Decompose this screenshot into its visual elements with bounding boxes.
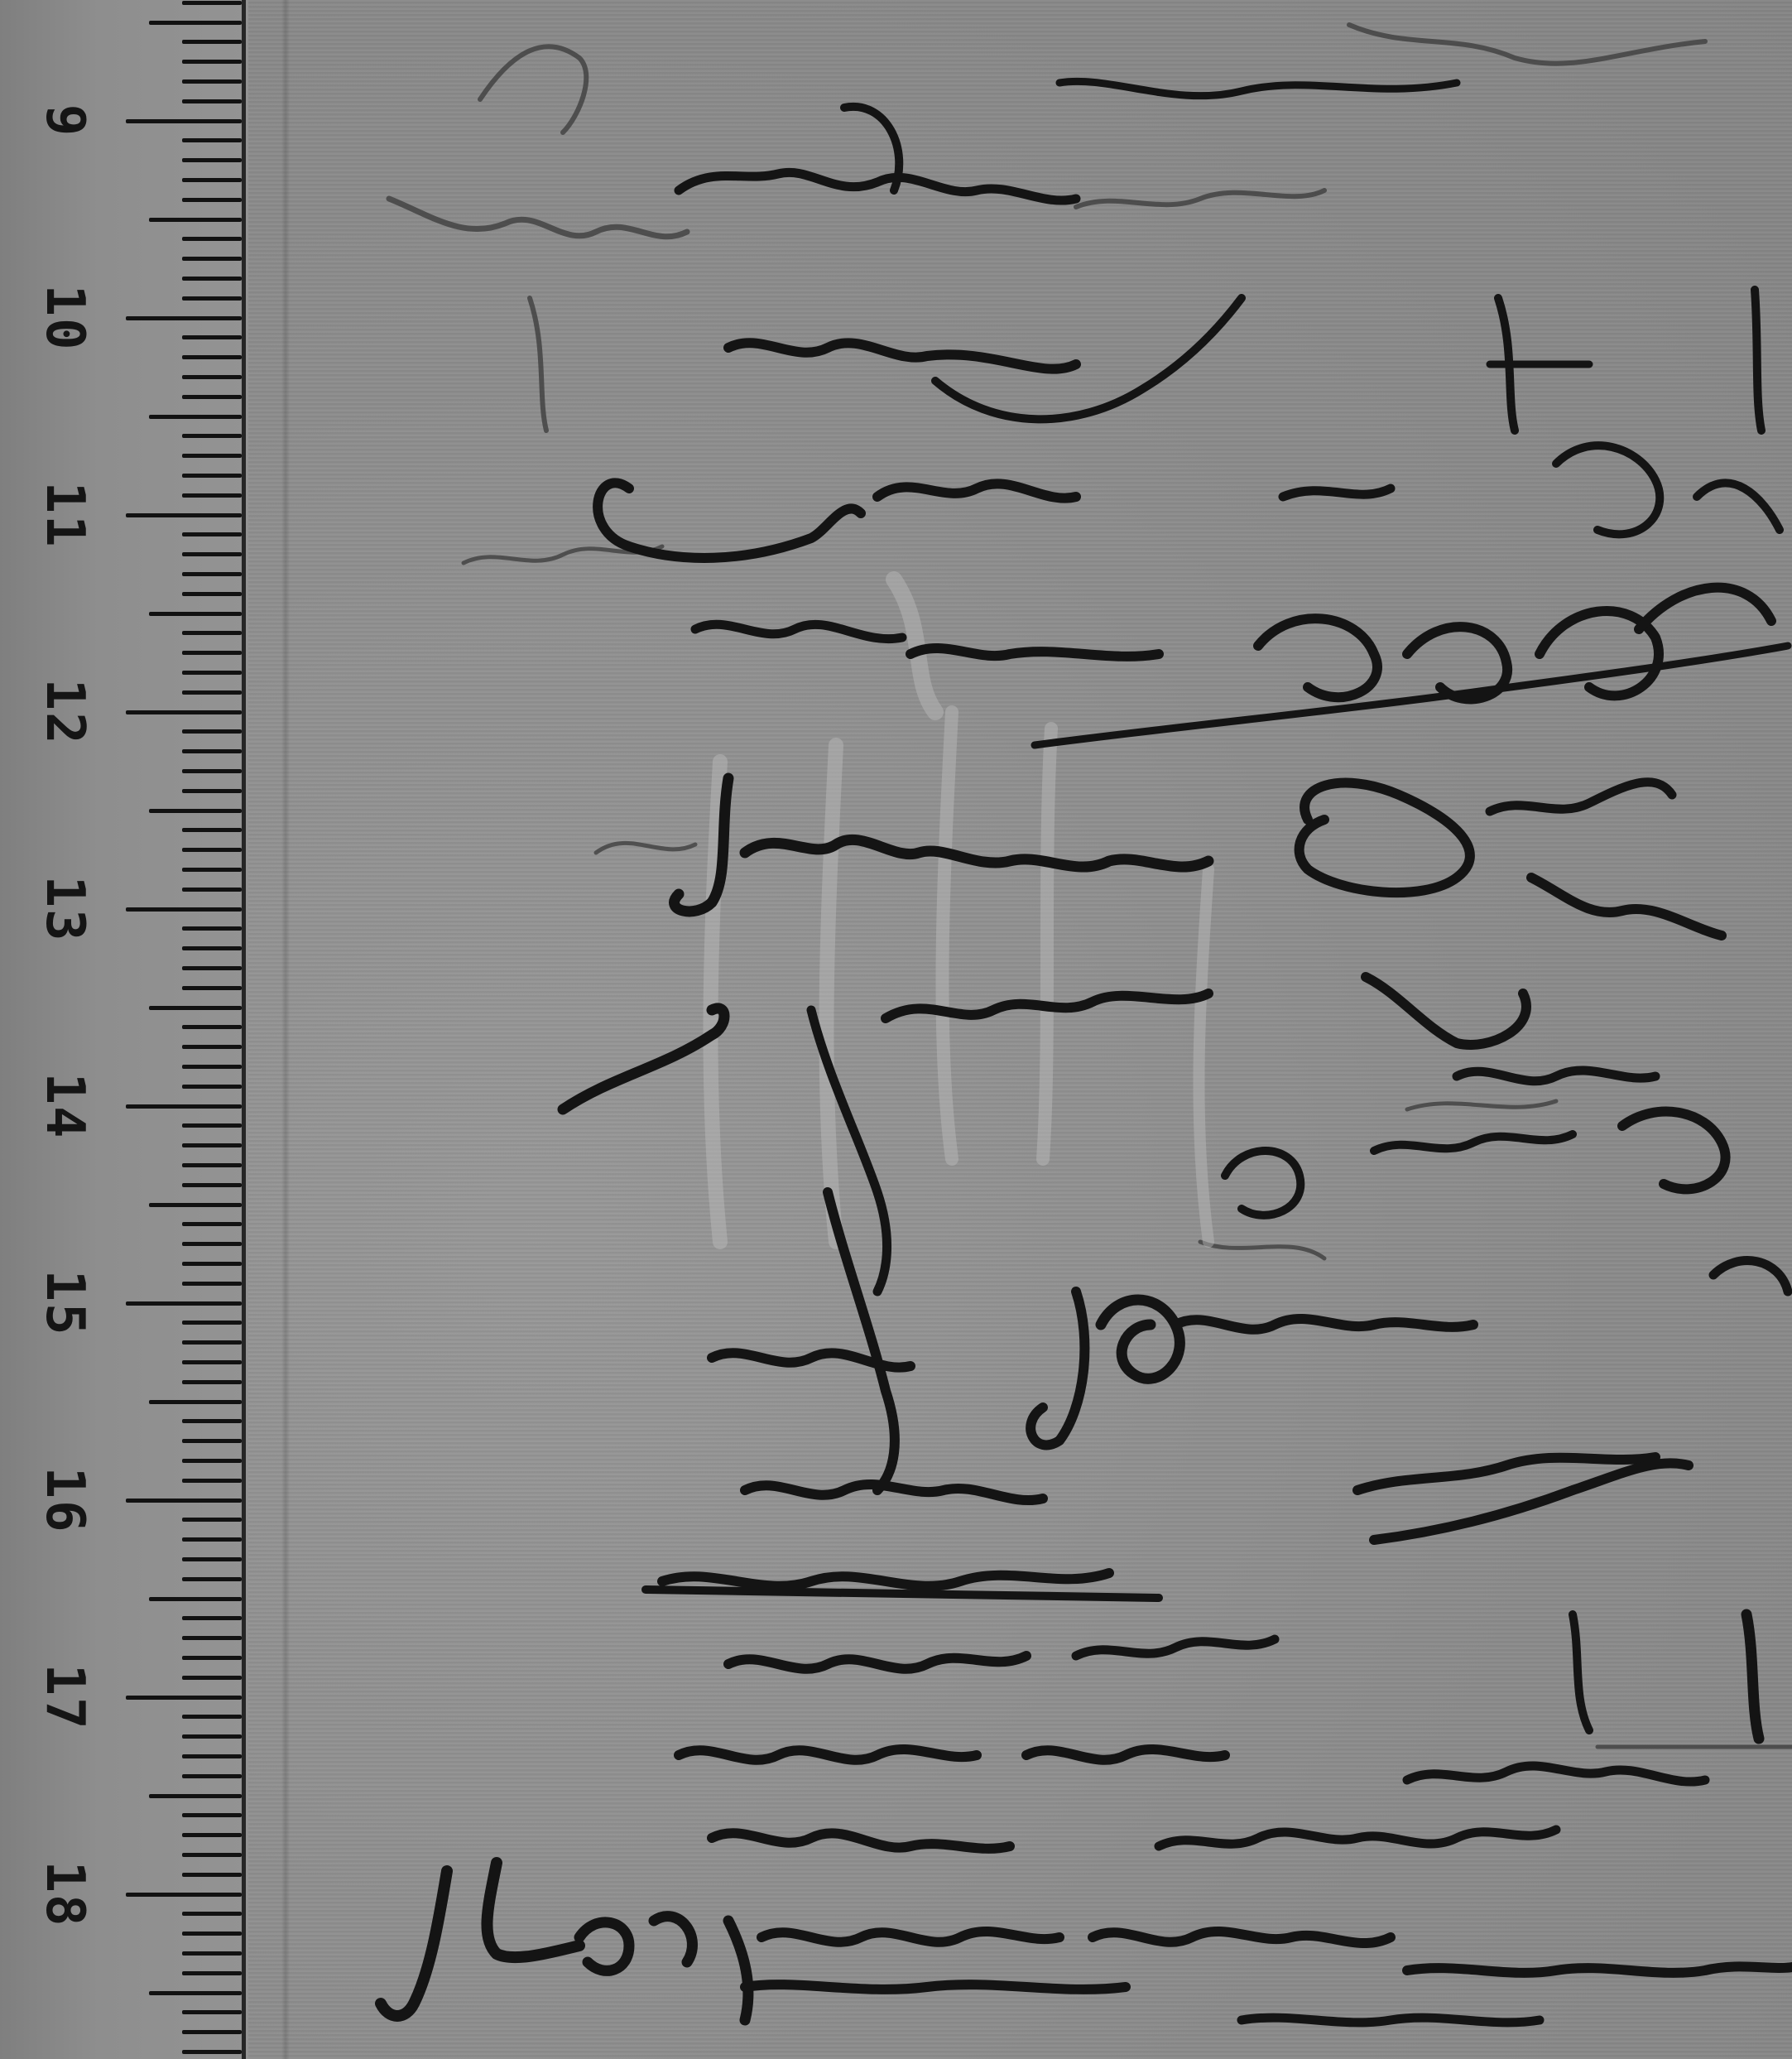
- handwriting-strokes: [0, 0, 1792, 2059]
